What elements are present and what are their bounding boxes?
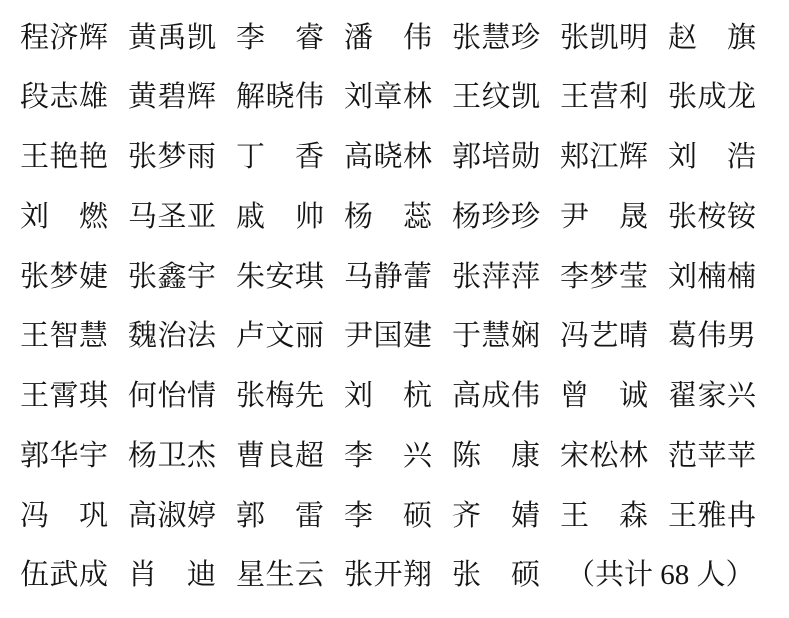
name-cell: 范苹苹	[668, 442, 756, 471]
name-cell: 张梦婕	[20, 263, 108, 292]
total-count-note: （共计 68 人）	[566, 561, 755, 590]
name-cell: 高成伟	[452, 382, 540, 411]
name-cell: 张硕	[452, 561, 540, 590]
name-row-4: 刘燃 马圣亚 戚帅 杨蕊 杨珍珍 尹晟 张桉铵	[20, 189, 789, 245]
name-cell: 张桉铵	[668, 203, 756, 232]
name-cell: 郭雷	[236, 502, 324, 531]
name-cell: 王艳艳	[20, 143, 108, 172]
name-cell: 何怡情	[128, 382, 216, 411]
name-row-9: 冯巩 高淑婷 郭雷 李硕 齐婧 王森 王雅冉	[20, 488, 789, 544]
name-cell: 刘章林	[344, 83, 432, 112]
name-cell: 丁香	[236, 143, 324, 172]
name-cell: 马静蕾	[344, 263, 432, 292]
name-cell: 张慧珍	[452, 24, 540, 53]
name-cell: 戚帅	[236, 203, 324, 232]
name-cell: 王森	[560, 502, 648, 531]
name-cell: 程济辉	[20, 24, 108, 53]
name-cell: 冯艺晴	[560, 322, 648, 351]
name-cell: 葛伟男	[668, 322, 756, 351]
name-cell: 李硕	[344, 502, 432, 531]
name-row-2: 段志雄 黄碧辉 解晓伟 刘章林 王纹凯 王营利 张成龙	[20, 70, 789, 126]
name-cell: 齐婧	[452, 502, 540, 531]
name-cell: 李睿	[236, 24, 324, 53]
name-cell: 张开翔	[344, 561, 432, 590]
name-cell: 黄碧辉	[128, 83, 216, 112]
name-cell: 段志雄	[20, 83, 108, 112]
name-cell: 朱安琪	[236, 263, 324, 292]
name-row-3: 王艳艳 张梦雨 丁香 高晓林 郭培勋 郏江辉 刘浩	[20, 130, 789, 186]
name-cell: 杨卫杰	[128, 442, 216, 471]
name-row-6: 王智慧 魏治法 卢文丽 尹国建 于慧娴 冯艺晴 葛伟男	[20, 309, 789, 365]
name-row-8: 郭华宇 杨卫杰 曹良超 李兴 陈康 宋松林 范苹苹	[20, 428, 789, 484]
name-cell: 王雅冉	[668, 502, 756, 531]
name-cell: 刘楠楠	[668, 263, 756, 292]
name-cell: 李兴	[344, 442, 432, 471]
name-cell: 郭培勋	[452, 143, 540, 172]
name-cell: 肖迪	[128, 561, 216, 590]
name-cell: 张凯明	[560, 24, 648, 53]
name-cell: 于慧娴	[452, 322, 540, 351]
name-cell: 杨蕊	[344, 203, 432, 232]
name-cell: 张梅先	[236, 382, 324, 411]
name-cell: 赵旗	[668, 24, 756, 53]
name-cell: 宋松林	[560, 442, 648, 471]
document-page: 程济辉 黄禹凯 李睿 潘伟 张慧珍 张凯明 赵旗 段志雄 黄碧辉 解晓伟 刘章林…	[0, 0, 789, 618]
name-cell: 曹良超	[236, 442, 324, 471]
name-cell: 张梦雨	[128, 143, 216, 172]
name-cell: 尹国建	[344, 322, 432, 351]
name-cell: 曾诚	[560, 382, 648, 411]
name-cell: 翟家兴	[668, 382, 756, 411]
name-cell: 卢文丽	[236, 322, 324, 351]
name-cell: 李梦莹	[560, 263, 648, 292]
name-cell: 星生云	[236, 561, 324, 590]
name-cell: 黄禹凯	[128, 24, 216, 53]
name-cell: 王营利	[560, 83, 648, 112]
name-cell: 郭华宇	[20, 442, 108, 471]
name-cell: 刘杭	[344, 382, 432, 411]
name-cell: 王霄琪	[20, 382, 108, 411]
name-row-7: 王霄琪 何怡情 张梅先 刘杭 高成伟 曾诚 翟家兴	[20, 369, 789, 425]
name-cell: 王智慧	[20, 322, 108, 351]
name-cell: 解晓伟	[236, 83, 324, 112]
name-row-5: 张梦婕 张鑫宇 朱安琪 马静蕾 张萍萍 李梦莹 刘楠楠	[20, 249, 789, 305]
name-cell: 张鑫宇	[128, 263, 216, 292]
name-cell: 高淑婷	[128, 502, 216, 531]
name-cell: 刘浩	[668, 143, 756, 172]
name-cell: 冯巩	[20, 502, 108, 531]
name-cell: 陈康	[452, 442, 540, 471]
name-cell: 杨珍珍	[452, 203, 540, 232]
name-row-10: 伍武成 肖迪 星生云 张开翔 张硕 （共计 68 人）	[20, 548, 789, 604]
name-cell: 刘燃	[20, 203, 108, 232]
name-cell: 潘伟	[344, 24, 432, 53]
name-cell: 郏江辉	[560, 143, 648, 172]
name-cell: 高晓林	[344, 143, 432, 172]
name-row-1: 程济辉 黄禹凯 李睿 潘伟 张慧珍 张凯明 赵旗	[20, 10, 789, 66]
name-cell: 张成龙	[668, 83, 756, 112]
name-cell: 王纹凯	[452, 83, 540, 112]
name-cell: 马圣亚	[128, 203, 216, 232]
name-cell: 魏治法	[128, 322, 216, 351]
name-cell: 尹晟	[560, 203, 648, 232]
name-cell: 伍武成	[20, 561, 108, 590]
name-cell: 张萍萍	[452, 263, 540, 292]
